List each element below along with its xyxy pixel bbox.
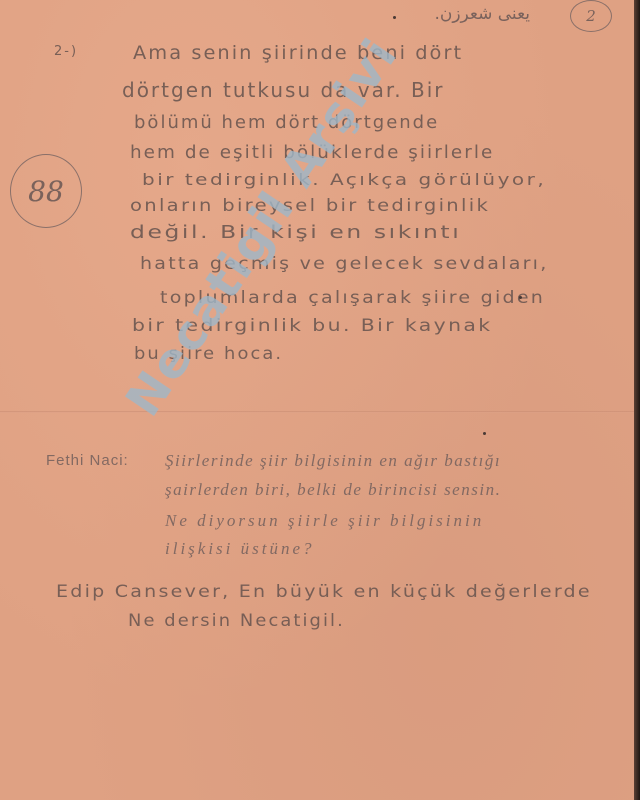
handwritten-line: değil. Bir kişi en sıkıntı [130,222,461,243]
handwritten-line: hatta geçmiş ve gelecek sevdaları, [140,254,549,274]
circled-page-number: 2 [570,0,612,32]
handwritten-line: bölümü hem dört dörtgende [134,112,439,133]
scan-edge-shadow [634,0,640,800]
handwritten-line: Ne dersin Necatigil. [128,611,345,631]
handwritten-line: bu şiire hoca. [134,344,283,364]
handwritten-line: onların bireysel bir tedirginlik [130,196,490,216]
handwritten-line: toplumlarda çalışarak şiire giden [160,288,545,308]
circled-archive-number: 88 [10,154,82,228]
handwritten-line: bir tedirginlik. Açıkça görülüyor, [142,170,546,189]
handwritten-line: Ne diyorsun şiirle şiir bilgisinin [165,511,484,531]
page-number: 2 [586,7,596,25]
handwritten-line: dörtgen tutkusu da var. Bir [122,78,445,102]
ottoman-script-header: یعنی شعرزن. [400,4,530,24]
handwritten-line: hem de eşitli bölüklerde şiirlerle [130,142,494,163]
handwritten-line: Edip Cansever, En büyük en küçük değerle… [56,582,592,602]
handwritten-line: şairlerden biri, belki de birincisi sens… [165,480,501,500]
archive-number: 88 [28,175,64,208]
ink-dot [519,296,522,299]
handwritten-line: Ama senin şiirinde beni dört [133,42,463,64]
paper-fold-line [0,411,634,413]
handwritten-line: ilişkisi üstüne? [165,539,315,559]
ink-dot [483,432,486,435]
section-marker: 2-) [54,44,78,59]
handwritten-line: bir tedirginlik bu. Bir kaynak [132,316,493,336]
handwritten-line: Şiirlerinde şiir bilgisinin en ağır bast… [165,451,501,471]
speaker-name: Fethi Naci: [46,452,129,469]
manuscript-page: یعنی شعرزن. 2 2-) 88 Ama senin şiirinde … [0,0,634,800]
ink-dot [393,16,396,19]
